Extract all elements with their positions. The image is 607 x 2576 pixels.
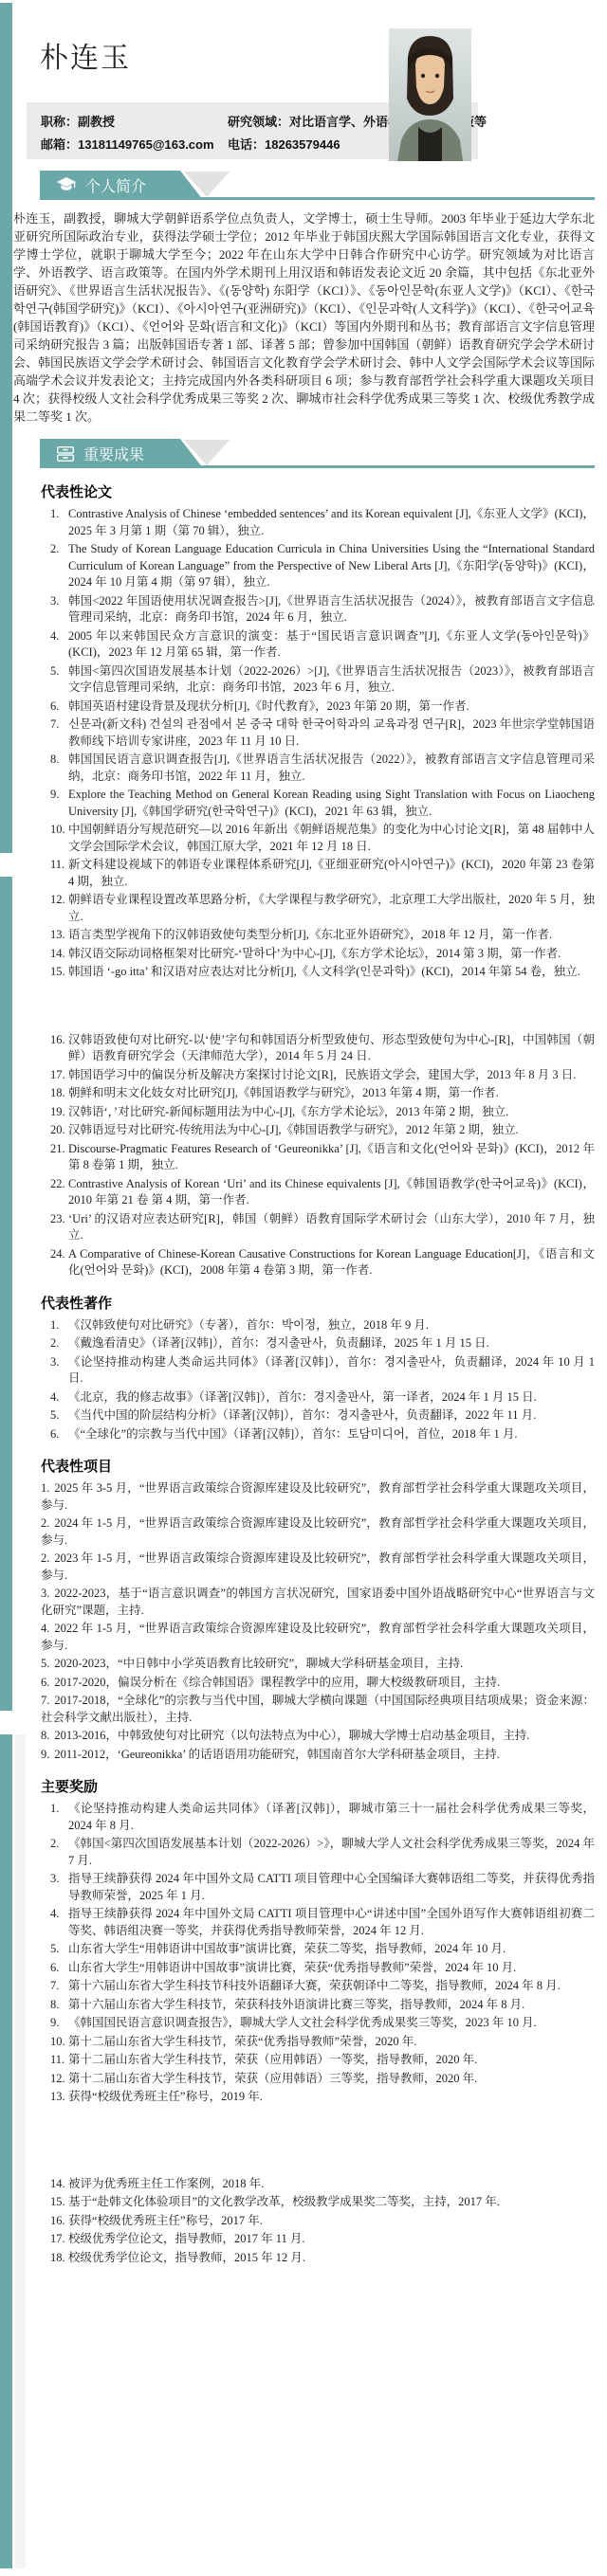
list-item: 2.《韩国<第四次国语发展基本计划（2022-2026）>》，聊城大学人文社会科… [0, 1836, 595, 1869]
list-item: 17.校级优秀学位论文，指导教师，2017 年 11 月. [0, 2231, 595, 2248]
list-item-number: 16. [50, 2213, 65, 2230]
list-item: 13.语言类型学视角下的汉韩语致使句类型分析[J],《东北亚外语研究》，2018… [0, 927, 595, 944]
list-item-number: 1. [41, 1481, 49, 1495]
list-item: 7.第十六届山东省大学生科技节科技外语翻译大赛，荣获朝译中二等奖，指导教师，20… [0, 1978, 595, 1995]
list-item-text: 《论坚持推动构建人类命运共同体》（译著[汉韩]），聊城市第三十一届社会科学优秀成… [68, 1802, 595, 1832]
list-item-text: Contrastive Analysis of Korean ‘Uri’ and… [68, 1177, 595, 1207]
bio-section-header: 个人简介 [40, 171, 595, 200]
list-item-text: 2025 年 3-5 月，“世界语言政策综合资源库建设及比较研究”，教育部哲学社… [41, 1481, 595, 1512]
list-item: 12.第十二届山东省大学生科技节，荣获（应用韩语）三等奖，指导教师，2020 年… [0, 2071, 595, 2088]
list-item-number: 4. [50, 1389, 59, 1406]
list-item-text: 山东省大学生“用韩语讲中国故事”演讲比赛，荣获“优秀指导教师”荣誉，2024 年… [68, 1961, 516, 1974]
list-item-text: 2020-2023，“中日韩中小学英语教育比较研究”，聊城大学科研基金项目，主持… [54, 1657, 463, 1670]
list-item: 18.校级优秀学位论文，指导教师，2015 年 12 月. [0, 2250, 595, 2267]
list-item: 9.2011-2012，‘Geureonikka’ 的话语语用功能研究，韩国南首… [0, 1747, 595, 1764]
list-item-text: 获得“校级优秀班主任”称号，2019 年. [68, 2090, 263, 2103]
list-item-text: 朝鲜语专业课程设置改革思路分析，《大学课程与教学研究》，北京理工大学出版社，20… [68, 893, 595, 923]
tab-achievements-label: 重要成果 [83, 443, 144, 464]
list-item-text: 《韩国国民语言意识调查报告》，聊城大学人文社会科学优秀成果奖三等奖，2023 年… [68, 2016, 537, 2029]
list-item: 6.《“全球化”的宗教与当代中国》（译著[汉韩]），首尔：토담미디어，首位，20… [0, 1426, 595, 1443]
list-item-text: The Study of Korean Language Education C… [68, 542, 595, 589]
list-item: 17.韩国语学习中的偏误分析及解决方案探讨讨论文[R]，民族语文学会，建国大学，… [0, 1067, 595, 1084]
list-item-text: 《当代中国的阶层结构分析》（译著[汉韩]），首尔：경지출판사，负责翻译，2022… [68, 1408, 536, 1422]
title-label: 职称： [41, 115, 78, 129]
list-item-text: 2013-2016，中韩致使句对比研究（以句法特点为中心），聊城大学博士启动基金… [54, 1729, 529, 1742]
list-item-number: 2. [50, 541, 59, 558]
list-item: 11.新文科建设视域下的韩语专业课程体系研究[J],《亚细亚研究(아시아연구)》… [0, 857, 595, 890]
list-item-text: ‘Uri’ 的汉语对应表达研究[R]，韩国（朝鲜）语教育国际学术研讨会（山东大学… [68, 1212, 595, 1243]
list-item-number: 12. [50, 892, 65, 909]
list-item: 8.韩国国民语言意识调查报告[J],《世界语言生活状况报告（2022）》，被教育… [0, 752, 595, 785]
tab-bio-label: 个人简介 [85, 174, 146, 196]
list-item-text: A Comparative of Chinese-Korean Causativ… [68, 1247, 595, 1278]
list-item-number: 3. [50, 593, 59, 610]
subsection-heading: 主要奖励 [41, 1776, 607, 1796]
list-item-text: 朝鲜和明末文化妓女对比研究[J],《韩国语教学与研究》，2013 年第 4 期，… [68, 1086, 499, 1099]
list-item-text: 2011-2012，‘Geureonikka’ 的话语语用功能研究，韩国南首尔大… [54, 1748, 499, 1761]
list-item-number: 4. [41, 1622, 49, 1635]
list-item-number: 6. [50, 1960, 59, 1977]
list-item: 21.Discourse-Pragmatic Features Research… [0, 1141, 595, 1174]
list-item-number: 17. [50, 1067, 65, 1084]
list-item-text: 中国朝鲜语分写规范研究—以 2016 年新出《朝鲜语规范集》的变化为中心讨论文[… [68, 823, 595, 853]
list-item: 5.《当代中国的阶层结构分析》（译著[汉韩]），首尔：경지출판사，负责翻译，20… [0, 1407, 595, 1424]
list-item: 9.《韩国国民语言意识调查报告》，聊城大学人文社会科学优秀成果奖三等奖，2023… [0, 2015, 595, 2032]
subsection-heading: 代表性项目 [41, 1456, 607, 1476]
list-item: 2.The Study of Korean Language Education… [0, 541, 595, 591]
list-item-number: 1. [50, 1317, 59, 1334]
list-item-number: 5. [50, 1941, 59, 1958]
list-item: 5.山东省大学生“用韩语讲中国故事”演讲比赛，荣获二等奖，指导教师，2024 年… [0, 1941, 595, 1958]
subsection-heading: 代表性论文 [41, 481, 607, 501]
list-item-number: 24. [50, 1246, 65, 1263]
list-item-number: 17. [50, 2231, 65, 2248]
list-item-text: 신문과(新文科) 건설의 관점에서 본 중국 대학 한국어학과의 교육과정 연구… [68, 717, 595, 748]
list-item: 14.韩汉语交际动词格框架对比研究-‘말하다’为中心-[J],《东方学术论坛》，… [0, 946, 595, 963]
list-item: 11.第十二届山东省大学生科技节，荣获（应用韩语）一等奖，指导教师，2020 年… [0, 2052, 595, 2069]
list-item-text: 汉韩语逗号对比研究-传统用法为中心-[J],《韩国语教学与研究》，2012 年第… [68, 1123, 519, 1136]
list-item-text: 2017-2020，偏误分析在《综合韩国语》课程教学中的应用，聊大校级教研项目，… [54, 1676, 500, 1689]
list-item-number: 9. [50, 2015, 59, 2032]
list-item-number: 18. [50, 2250, 65, 2267]
list-item: 15.韩国语 ‘-go itta’ 和汉语对应表达对比分析[J],《人文科学(인… [0, 964, 595, 981]
list-item-text: 韩国语 ‘-go itta’ 和汉语对应表达对比分析[J],《人文科学(인문과학… [68, 965, 580, 978]
list-item: 5.韩国<第四次国语发展基本计划（2022-2026）>[J],《世界语言生活状… [0, 663, 595, 697]
list-item-number: 4. [50, 1906, 59, 1923]
title-value: 副教授 [78, 115, 115, 129]
list-item-number: 9. [50, 787, 59, 804]
list-item-text: 第十二届山东省大学生科技节，荣获（应用韩语）一等奖，指导教师，2020 年. [68, 2053, 477, 2066]
list-item-number: 13. [50, 927, 65, 944]
list-item-number: 23. [50, 1211, 65, 1228]
list-item: 7.신문과(新文科) 건설의 관점에서 본 중국 대학 한국어학과의 교육과정 … [0, 717, 595, 750]
list-item-number: 1. [50, 506, 59, 523]
subsection-heading: 代表性著作 [41, 1293, 607, 1313]
list-item: 6.韩国英语村建设背景及现状分析[J],《时代教育》，2023 年第 20 期，… [0, 698, 595, 716]
list-item-number: 14. [50, 2176, 65, 2193]
list-item-number: 8. [50, 752, 59, 769]
list-item: 1.《论坚持推动构建人类命运共同体》（译著[汉韩]），聊城市第三十一届社会科学优… [0, 1801, 595, 1834]
list-item-number: 2. [50, 1836, 59, 1853]
list-item-text: 韩国<第四次国语发展基本计划（2022-2026）>[J],《世界语言生活状况报… [68, 664, 595, 695]
list-item-number: 20. [50, 1122, 65, 1139]
list-item-number: 6. [50, 1426, 59, 1443]
list-item-number: 5. [50, 663, 59, 680]
list-item: 2.2024 年 1-5 月，“世界语言政策综合资源库建设及比较研究”，教育部哲… [0, 1515, 595, 1549]
list-item: 5.2020-2023，“中日韩中小学英语教育比较研究”，聊城大学科研基金项目，… [0, 1656, 595, 1673]
list-item: 19.汉韩语‘，’对比研究-新闻标题用法为中心-[J],《东方学术论坛》，201… [0, 1104, 595, 1121]
list-item-text: 韩汉语交际动词格框架对比研究-‘말하다’为中心-[J],《东方学术论坛》，201… [68, 947, 561, 960]
list-item: 16.获得“校级优秀班主任”称号，2017 年. [0, 2213, 595, 2230]
list-item-text: 《论坚持推动构建人类命运共同体》（译著[汉韩]），首尔：경지출판사，负责翻译，2… [68, 1355, 595, 1386]
list-item-text: 2017-2018，“全球化”的宗教与当代中国，聊城大学横向课题（中国国际经典项… [41, 1694, 595, 1724]
list-item: 3.《论坚持推动构建人类命运共同体》（译著[汉韩]），首尔：경지출판사，负责翻译… [0, 1354, 595, 1388]
list-item: 9.Explore the Teaching Method on General… [0, 787, 595, 820]
list-item-number: 7. [41, 1694, 49, 1707]
page-break-gap [0, 983, 607, 1032]
list-item: 3.指导王续静获得 2024 年中国外文局 CATTI 项目管理中心全国编译大赛… [0, 1871, 595, 1904]
list-item-number: 15. [50, 964, 65, 981]
list-item-text: 指导王续静获得 2024 年中国外文局 CATTI 项目管理中心“讲述中国”全国… [68, 1907, 595, 1937]
list-item: 20.汉韩语逗号对比研究-传统用法为中心-[J],《韩国语教学与研究》，2012… [0, 1122, 595, 1139]
email-value: 13181149765@163.com [78, 137, 214, 152]
profile-header: 朴连玉 职称：副教授 研究领域：对比语言学、外语教学、语言政策等 邮箱：1318… [0, 0, 607, 171]
list-item-text: 获得“校级优秀班主任”称号，2017 年. [68, 2214, 263, 2227]
list-item-text: 基于“赴韩文化体验项目”的文化教学改革，校级教学成果奖二等奖，主持，2017 年… [68, 2195, 500, 2208]
profile-photo [389, 28, 471, 161]
list-item: 1.Contrastive Analysis of Chinese ‘embed… [0, 506, 595, 539]
list-item: 2.2023 年 1-5 月，“世界语言政策综合资源库建设及比较研究”，教育部哲… [0, 1551, 595, 1584]
list-item-text: 第十六届山东省大学生科技节，荣获科技外语演讲比赛三等奖，指导教师，2024 年 … [68, 1998, 524, 2011]
list-item: 18.朝鲜和明末文化妓女对比研究[J],《韩国语教学与研究》，2013 年第 4… [0, 1085, 595, 1102]
list-item-text: 《汉韩致使句对比研究》（专著），首尔：박이정，独立，2018 年 9 月. [68, 1318, 429, 1332]
list-item: 15.基于“赴韩文化体验项目”的文化教学改革，校级教学成果奖二等奖，主持，201… [0, 2194, 595, 2211]
list-item: 13.获得“校级优秀班主任”称号，2019 年. [0, 2089, 595, 2106]
list-item-text: Explore the Teaching Method on General K… [68, 788, 595, 818]
list-item-text: 2023 年 1-5 月，“世界语言政策综合资源库建设及比较研究”，教育部哲学社… [41, 1551, 595, 1582]
email-field: 邮箱：13181149765@163.com [41, 137, 214, 152]
list-item-number: 21. [50, 1141, 65, 1158]
list-item-number: 5. [41, 1657, 49, 1670]
list-item: 1.2025 年 3-5 月，“世界语言政策综合资源库建设及比较研究”，教育部哲… [0, 1480, 595, 1514]
title-field: 职称：副教授 [41, 115, 115, 129]
list-item: 10.第十二届山东省大学生科技节，荣获“优秀指导教师”荣誉，2020 年. [0, 2034, 595, 2051]
list-item: 16.汉韩语致使句对比研究-以‘使’字句和韩国语分析型致使句、形态型致使句为中心… [0, 1032, 595, 1065]
list-item: 24.A Comparative of Chinese-Korean Causa… [0, 1246, 595, 1279]
list-item: 8.2013-2016，中韩致使句对比研究（以句法特点为中心），聊城大学博士启动… [0, 1728, 595, 1745]
list-item-number: 14. [50, 946, 65, 963]
list-item: 3.2022-2023，基于“语言意识调查”的韩国方言状况研究，国家语委中国外语… [0, 1586, 595, 1619]
list-item-number: 4. [50, 628, 59, 645]
achievements-section-header: 重要成果 [40, 439, 595, 468]
list-item-number: 11. [50, 2052, 64, 2069]
list-item-number: 19. [50, 1104, 65, 1121]
list-item-number: 18. [50, 1085, 65, 1102]
phone-label: 电话： [228, 137, 265, 152]
list-item-text: 《北京，我的修志故事》（译著[汉韩]），首尔：경지출판사，第一译者，2024 年… [68, 1390, 537, 1404]
list-item-number: 7. [50, 1978, 59, 1995]
list-item-text: 校级优秀学位论文，指导教师，2017 年 11 月. [68, 2232, 305, 2245]
list-item-text: 韩国语学习中的偏误分析及解决方案探讨讨论文[R]，民族语文学会，建国大学，201… [68, 1068, 576, 1081]
list-item-text: 韩国<2022 年国语使用状况调查报告>[J],《世界语言生活状况报告（2024… [68, 594, 595, 625]
list-item-text: 韩国英语村建设背景及现状分析[J],《时代教育》，2023 年第 20 期，第一… [68, 699, 469, 713]
list-item-number: 22. [50, 1176, 65, 1193]
list-item-text: 语言类型学视角下的汉韩语致使句类型分析[J],《东北亚外语研究》，2018 年 … [68, 928, 552, 941]
list-item-number: 3. [50, 1354, 59, 1371]
list-item-text: Contrastive Analysis of Chinese ‘embedde… [68, 507, 595, 537]
list-item: 1.《汉韩致使句对比研究》（专著），首尔：박이정，独立，2018 年 9 月. [0, 1317, 595, 1334]
list-item-number: 8. [41, 1729, 49, 1742]
list-item-text: 《韩国<第四次国语发展基本计划（2022-2026）>》，聊城大学人文社会科学优… [68, 1837, 595, 1867]
tab-bio[interactable]: 个人简介 [40, 171, 203, 200]
list-item: 12.朝鲜语专业课程设置改革思路分析，《大学课程与教学研究》，北京理工大学出版社… [0, 892, 595, 925]
list-item: 8.第十六届山东省大学生科技节，荣获科技外语演讲比赛三等奖，指导教师，2024 … [0, 1997, 595, 2014]
list-item-number: 2. [41, 1551, 49, 1565]
list-item: 6.2017-2020，偏误分析在《综合韩国语》课程教学中的应用，聊大校级教研项… [0, 1675, 595, 1692]
list-item: 10.中国朝鲜语分写规范研究—以 2016 年新出《朝鲜语规范集》的变化为中心讨… [0, 822, 595, 855]
list-item-text: 2022-2023，基于“语言意识调查”的韩国方言状况研究，国家语委中国外语战略… [41, 1587, 595, 1617]
list-item: 4.《北京，我的修志故事》（译著[汉韩]），首尔：경지출판사，第一译者，2024… [0, 1389, 595, 1406]
list-item-number: 15. [50, 2194, 65, 2211]
list-item-text: 新文科建设视域下的韩语专业课程体系研究[J],《亚细亚研究(아시아연구)》(KC… [68, 858, 595, 888]
list-item-number: 7. [50, 717, 59, 734]
archive-box-icon [57, 446, 74, 462]
list-item-number: 8. [50, 1997, 59, 2014]
list-item: 7.2017-2018，“全球化”的宗教与当代中国，聊城大学横向课题（中国国际经… [0, 1693, 595, 1726]
list-item: 23.‘Uri’ 的汉语对应表达研究[R]，韩国（朝鲜）语教育国际学术研讨会（山… [0, 1211, 595, 1244]
list-item-number: 10. [50, 822, 65, 839]
list-item-text: 第十二届山东省大学生科技节，荣获（应用韩语）三等奖，指导教师，2020 年. [68, 2072, 477, 2085]
field-label: 研究领域： [228, 115, 289, 129]
list-item-number: 2. [50, 1335, 59, 1352]
list-item: 2.《戴逸看清史》（译著[汉韩]），首尔：경지출판사，负责翻译，2025 年 1… [0, 1335, 595, 1352]
list-item-text: 汉韩语致使句对比研究-以‘使’字句和韩国语分析型致使句、形态型致使句为中心-[R… [68, 1033, 595, 1063]
list-item-number: 9. [41, 1748, 49, 1761]
list-item-text: 指导王续静获得 2024 年中国外文局 CATTI 项目管理中心全国编译大赛韩语… [68, 1872, 595, 1902]
list-item: 4.2022 年 1-5 月，“世界语言政策综合资源库建设及比较研究”，教育部哲… [0, 1621, 595, 1654]
list-item: 3.韩国<2022 年国语使用状况调查报告>[J],《世界语言生活状况报告（20… [0, 593, 595, 626]
list-item-text: Discourse-Pragmatic Features Research of… [68, 1142, 595, 1172]
list-item-text: 被评为优秀班主任工作案例，2018 年. [68, 2177, 264, 2190]
list-item: 4.2005 年以来韩国民众方言意识的演变：基于“国民语言意识调查”[J],《东… [0, 628, 595, 662]
tab-achievements[interactable]: 重要成果 [40, 439, 203, 468]
list-item-number: 6. [41, 1676, 49, 1689]
list-item-number: 5. [50, 1407, 59, 1424]
phone-field: 电话：18263579446 [228, 135, 340, 153]
graduation-cap-icon [57, 177, 76, 193]
email-label: 邮箱： [41, 137, 78, 152]
list-item-text: 2022 年 1-5 月，“世界语言政策综合资源库建设及比较研究”，教育部哲学社… [41, 1622, 595, 1652]
list-item-number: 12. [50, 2071, 65, 2088]
phone-value: 18263579446 [265, 137, 340, 152]
faculty-profile-page: 朴连玉 职称：副教授 研究领域：对比语言学、外语教学、语言政策等 邮箱：1318… [0, 0, 607, 2576]
list-item-text: 第十六届山东省大学生科技节科技外语翻译大赛，荣获朝译中二等奖，指导教师，2024… [68, 1979, 561, 1992]
list-item-text: 山东省大学生“用韩语讲中国故事”演讲比赛，荣获二等奖，指导教师，2024 年 1… [68, 1942, 506, 1955]
list-item-text: 《“全球化”的宗教与当代中国》（译著[汉韩]），首尔：토담미디어，首位，2018… [68, 1427, 518, 1441]
list-item-text: 2005 年以来韩国民众方言意识的演变：基于“国民语言意识调查”[J],《东亚人… [68, 629, 595, 660]
list-item-text: 汉韩语‘，’对比研究-新闻标题用法为中心-[J],《东方学术论坛》，2013 年… [68, 1105, 508, 1118]
list-item-text: 第十二届山东省大学生科技节，荣获“优秀指导教师”荣誉，2020 年. [68, 2035, 416, 2048]
profile-name: 朴连玉 [40, 34, 131, 76]
list-item-number: 13. [50, 2089, 65, 2106]
list-item-text: 韩国国民语言意识调查报告[J],《世界语言生活状况报告（2022）》，被教育部语… [68, 753, 595, 783]
list-item-number: 2. [41, 1516, 49, 1530]
list-item: 14.被评为优秀班主任工作案例，2018 年. [0, 2176, 595, 2193]
list-item-number: 10. [50, 2034, 65, 2051]
list-item-text: 2024 年 1-5 月，“世界语言政策综合资源库建设及比较研究”，教育部哲学社… [41, 1516, 595, 1547]
page-break-gap [0, 2108, 607, 2176]
list-item: 6.山东省大学生“用韩语讲中国故事”演讲比赛，荣获“优秀指导教师”荣誉，2024… [0, 1960, 595, 1977]
list-item-number: 3. [41, 1587, 49, 1600]
list-item-text: 《戴逸看清史》（译著[汉韩]），首尔：경지출판사，负责翻译，2025 年 1 月… [68, 1336, 489, 1350]
list-item-number: 6. [50, 698, 59, 716]
achievement-lists: 代表性论文1.Contrastive Analysis of Chinese ‘… [0, 481, 607, 2266]
bio-paragraph: 朴连玉，副教授，聊城大学朝鲜语系学位点负责人，文学博士，硕士生导师。2003 年… [13, 209, 595, 426]
list-item-number: 11. [50, 857, 64, 874]
list-item-text: 校级优秀学位论文，指导教师，2015 年 12 月. [68, 2251, 305, 2264]
list-item-number: 16. [50, 1032, 65, 1049]
list-item-number: 1. [50, 1801, 59, 1818]
list-item: 4.指导王续静获得 2024 年中国外文局 CATTI 项目管理中心“讲述中国”… [0, 1906, 595, 1939]
list-item-number: 3. [50, 1871, 59, 1888]
list-item: 22.Contrastive Analysis of Korean ‘Uri’ … [0, 1176, 595, 1209]
